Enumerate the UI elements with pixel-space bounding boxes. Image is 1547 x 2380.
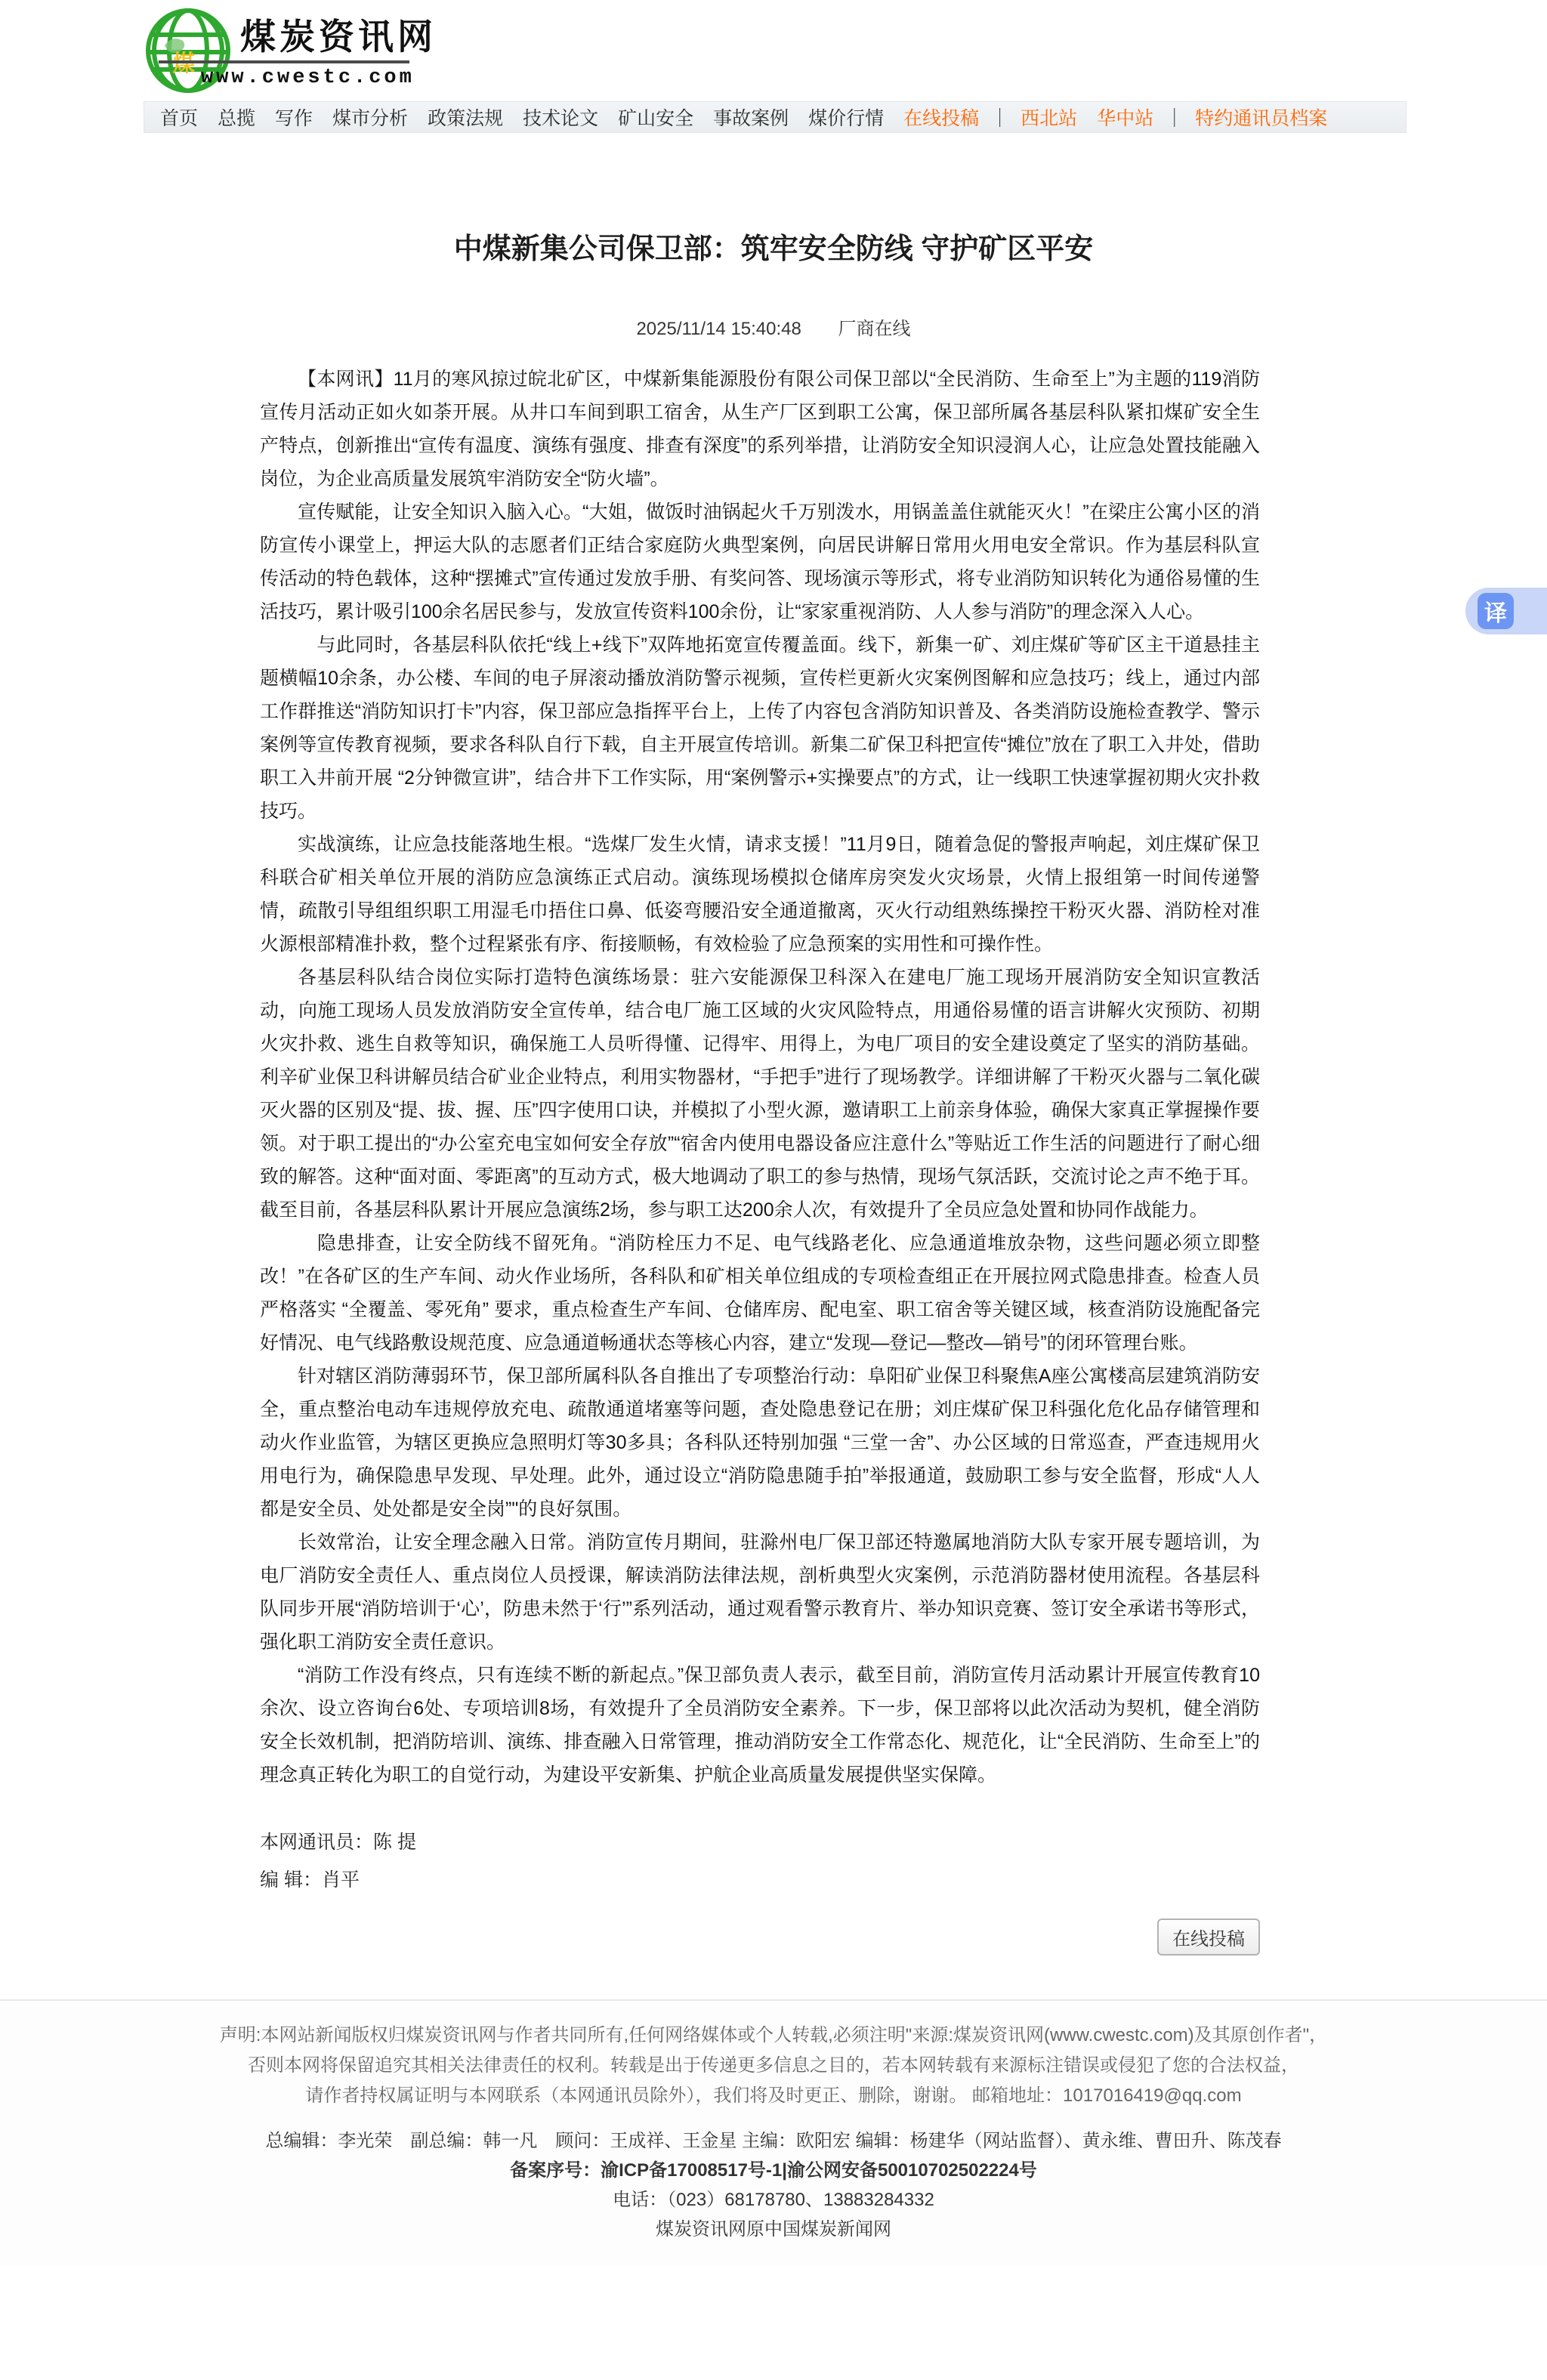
- nav-item-mine-safety[interactable]: 矿山安全: [608, 103, 703, 131]
- page: 煤 煤炭资讯网 www.cwestc.com 首页 总揽 写作 煤市分析 政策法…: [0, 0, 1547, 2380]
- nav-item-online-submit[interactable]: 在线投稿: [894, 103, 989, 131]
- article-paragraph: 与此同时，各基层科队依托“线上+线下”双阵地拓宽宣传覆盖面。线下，新集一矿、刘庄…: [260, 628, 1260, 828]
- article-source: 厂商在线: [838, 319, 911, 339]
- translate-icon[interactable]: 译: [1478, 593, 1514, 629]
- nav-separator: ｜: [989, 103, 1011, 131]
- site-name: 煤炭资讯网: [240, 9, 437, 60]
- article-paragraph: 实战演练，让应急技能落地生根。“选煤厂发生火情，请求支援！”11月9日，随着急促…: [260, 828, 1260, 961]
- editor-line: 编 辑：肖平: [260, 1861, 1260, 1899]
- correspondent-line: 本网通讯员：陈 提: [260, 1823, 1260, 1861]
- footer-credits: 总编辑：李光荣 副总编：韩一凡 顾问：王成祥、王金星 主编：欧阳宏 编辑：杨建华…: [0, 2126, 1547, 2244]
- logo-coal-character: 煤: [171, 51, 195, 76]
- nav-item-home[interactable]: 首页: [150, 103, 208, 131]
- nav-separator: ｜: [1163, 103, 1185, 131]
- disclaimer-line: 请作者持权属证明与本网联系（本网通讯员除外），我们将及时更正、删除，谢谢。 邮箱…: [0, 2081, 1547, 2111]
- translate-widget[interactable]: 译: [1465, 588, 1547, 634]
- copyright-disclaimer: 声明:本网站新闻版权归煤炭资讯网与作者共同所有,任何网络媒体或个人转载,必须注明…: [0, 2020, 1547, 2111]
- icp-record-line: 备案序号：渝ICP备17008517号-1|渝公网安备5001070250222…: [0, 2156, 1547, 2185]
- site-footer: 声明:本网站新闻版权归煤炭资讯网与作者共同所有,任何网络媒体或个人转载,必须注明…: [0, 1999, 1547, 2267]
- nav-item-accident-cases[interactable]: 事故案例: [703, 103, 798, 131]
- disclaimer-line: 声明:本网站新闻版权归煤炭资讯网与作者共同所有,任何网络媒体或个人转载,必须注明…: [0, 2020, 1547, 2051]
- submit-button-row: 在线投稿: [260, 1919, 1260, 1956]
- phone-line: 电话：（023）68178780、13883284332: [0, 2185, 1547, 2215]
- site-header: 煤 煤炭资讯网 www.cwestc.com: [0, 0, 1547, 101]
- article-paragraph: 【本网讯】11月的寒风掠过皖北矿区，中煤新集能源股份有限公司保卫部以“全民消防、…: [260, 363, 1260, 495]
- nav-item-policy[interactable]: 政策法规: [418, 103, 513, 131]
- article-paragraph: “消防工作没有终点，只有连续不断的新起点。”保卫部负责人表示，截至目前，消防宣传…: [260, 1659, 1260, 1792]
- article-signature: 本网通讯员：陈 提 编 辑：肖平: [260, 1823, 1260, 1899]
- nav-item-coal-prices[interactable]: 煤价行情: [798, 103, 894, 131]
- page-title: 中煤新集公司保卫部：筑牢安全防线 守护矿区平安: [0, 225, 1547, 267]
- online-submit-button[interactable]: 在线投稿: [1157, 1919, 1260, 1956]
- nav-item-writing[interactable]: 写作: [265, 103, 323, 131]
- logo-divider: [159, 60, 409, 63]
- disclaimer-line: 否则本网将保留追究其相关法律责任的权利。转载是出于传递更多信息之目的，若本网转载…: [0, 2051, 1547, 2081]
- nav-item-northwest-station[interactable]: 西北站: [1011, 103, 1087, 131]
- article-paragraph: 针对辖区消防薄弱环节，保卫部所属科队各自推出了专项整治行动：阜阳矿业保卫科聚焦A…: [260, 1360, 1260, 1526]
- article-meta: 2025/11/14 15:40:48 厂商在线: [0, 313, 1547, 340]
- nav-item-central-station[interactable]: 华中站: [1087, 103, 1163, 131]
- nav-item-correspondent-archive[interactable]: 特约通讯员档案: [1185, 103, 1337, 131]
- article-paragraph: 各基层科队结合岗位实际打造特色演练场景：驻六安能源保卫科深入在建电厂施工现场开展…: [260, 961, 1260, 1227]
- article-body: 【本网讯】11月的寒风掠过皖北矿区，中煤新集能源股份有限公司保卫部以“全民消防、…: [260, 363, 1260, 1792]
- nav-item-market-analysis[interactable]: 煤市分析: [323, 103, 418, 131]
- site-logo[interactable]: 煤 煤炭资讯网 www.cwestc.com: [142, 5, 565, 95]
- site-url: www.cwestc.com: [201, 66, 415, 89]
- article-paragraph: 长效常治，让安全理念融入日常。消防宣传月期间，驻滁州电厂保卫部还特邀属地消防大队…: [260, 1526, 1260, 1659]
- editorial-staff-line: 总编辑：李光荣 副总编：韩一凡 顾问：王成祥、王金星 主编：欧阳宏 编辑：杨建华…: [0, 2126, 1547, 2156]
- article-paragraph: 隐患排查，让安全防线不留死角。“消防栓压力不足、电气线路老化、应急通道堆放杂物，…: [260, 1227, 1260, 1360]
- article-date: 2025/11/14 15:40:48: [636, 319, 801, 339]
- nav-item-tech-papers[interactable]: 技术论文: [513, 103, 608, 131]
- main-navbar: 首页 总揽 写作 煤市分析 政策法规 技术论文 矿山安全 事故案例 煤价行情 在…: [144, 101, 1407, 133]
- nav-item-overview[interactable]: 总揽: [208, 103, 265, 131]
- article-paragraph: 宣传赋能，让安全知识入脑入心。“大姐，做饭时油锅起火千万别泼水，用锅盖盖住就能灭…: [260, 495, 1260, 628]
- site-origin-line: 煤炭资讯网原中国煤炭新闻网: [0, 2215, 1547, 2244]
